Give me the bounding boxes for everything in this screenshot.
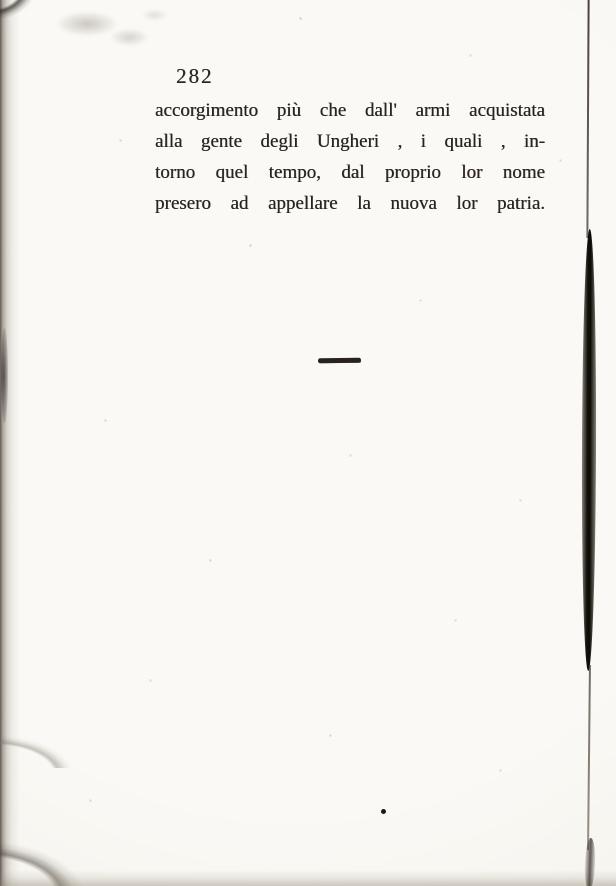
stray-ink-dot <box>381 809 386 814</box>
paragraph-line: torno quel tempo, dal proprio lor nome <box>155 158 545 189</box>
book-binding-shadow <box>581 229 597 671</box>
section-separator-rule <box>318 358 361 364</box>
paragraph-line: alla gente degli Ungheri , i quali , in- <box>155 127 545 158</box>
scanned-book-page: 282 accorgimento più che dall' armi acqu… <box>0 0 616 886</box>
right-page-edge-line-lower <box>587 665 591 850</box>
top-left-corner-curl <box>0 0 52 40</box>
top-left-smudge <box>52 2 177 54</box>
left-page-crease <box>2 688 87 768</box>
body-paragraph: accorgimento più che dall' armi acquista… <box>155 96 545 220</box>
paper-speckle-noise <box>0 0 1 1</box>
paragraph-line: accorgimento più che dall' armi acquista… <box>155 96 545 127</box>
right-page-edge-line <box>586 0 589 238</box>
left-edge-dark-streak <box>1 328 8 423</box>
page-number: 282 <box>176 64 214 89</box>
paragraph-line: presero ad appellare la nuova lor patria… <box>155 189 545 220</box>
bottom-edge-shadow <box>0 870 616 886</box>
